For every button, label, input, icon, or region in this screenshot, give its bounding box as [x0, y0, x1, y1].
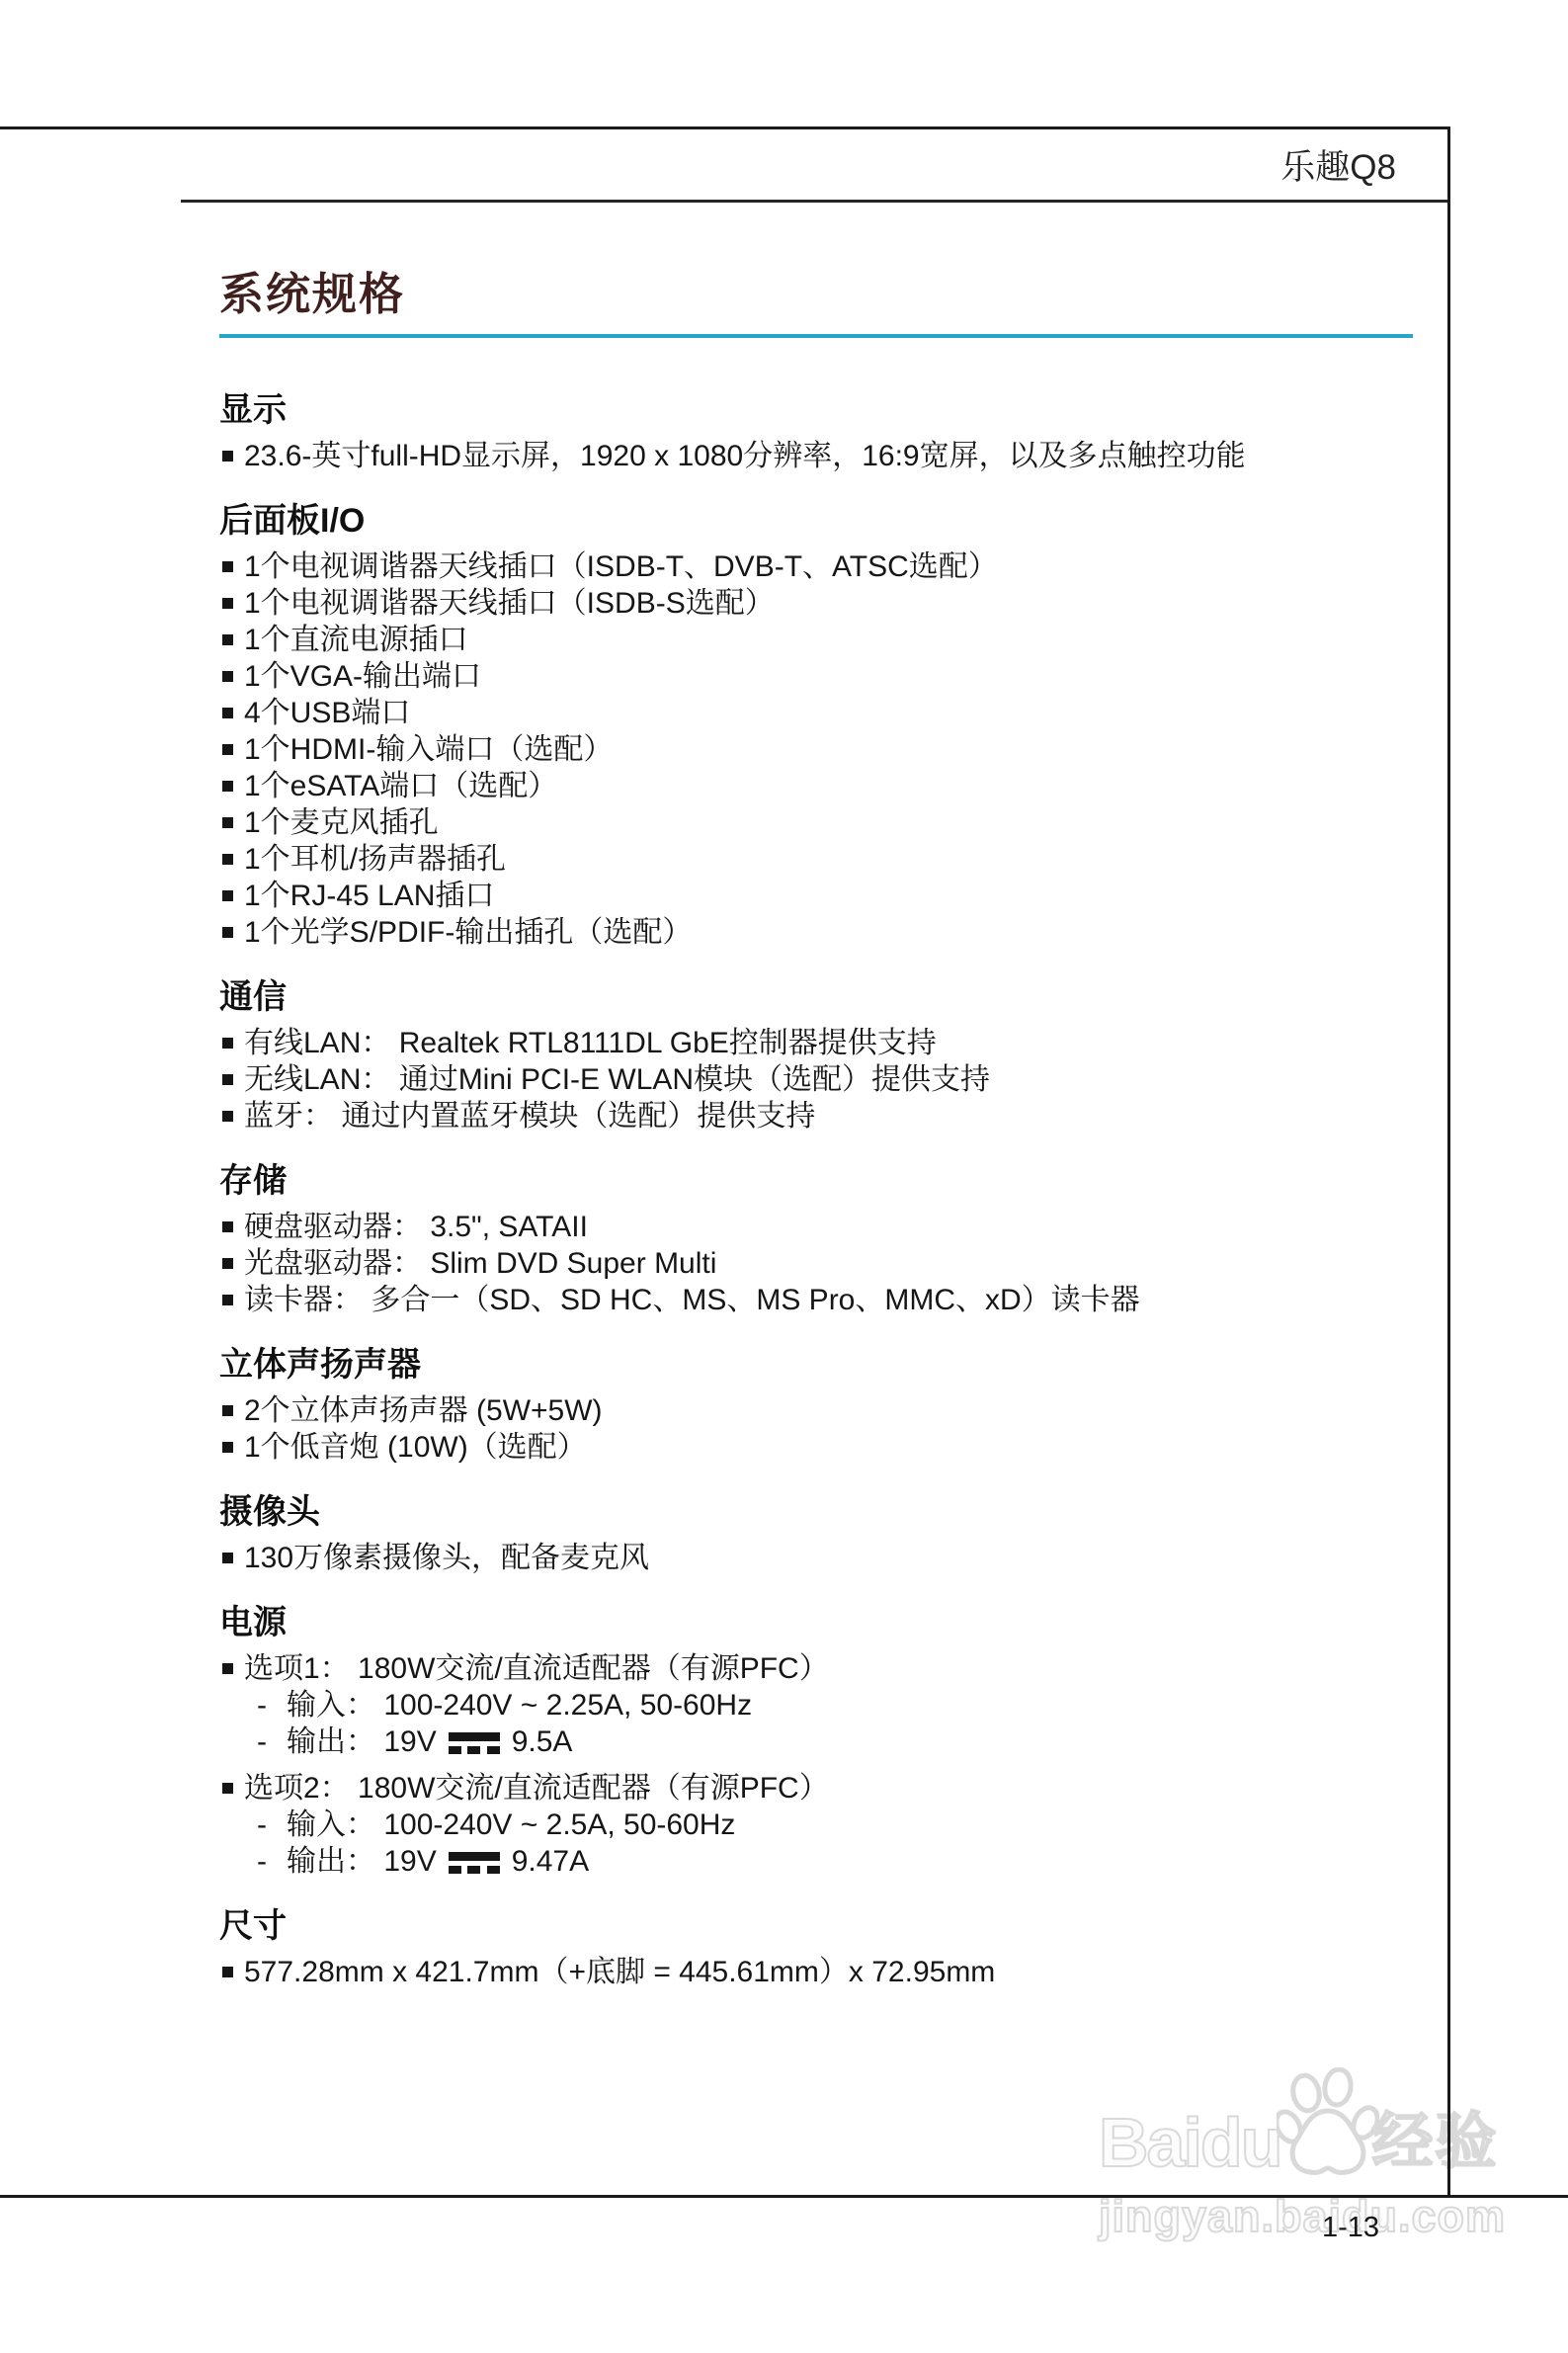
spec-text: 1个直流电源插口 [244, 622, 468, 658]
spec-item: 1个eSATA端口（选配） [219, 768, 1417, 804]
spec-text: 有线LAN： Realtek RTL8111DL GbE控制器提供支持 [244, 1025, 937, 1061]
spec-text: 输入： 100-240V ~ 2.5A, 50-60Hz [287, 1807, 735, 1843]
section-power: 电源 选项1： 180W交流/直流适配器（有源PFC） -输入： 100-240… [219, 1603, 1417, 1880]
spec-item: 无线LAN： 通过Mini PCI-E WLAN模块（选配）提供支持 [219, 1061, 1417, 1098]
spec-subitem: -输入： 100-240V ~ 2.25A, 50-60Hz [219, 1687, 1417, 1723]
spec-list: 577.28mm x 421.7mm（+底脚 = 445.61mm）x 72.9… [219, 1954, 1417, 1990]
spec-item: 硬盘驱动器： 3.5", SATAII [219, 1209, 1417, 1245]
section-camera: 摄像头 130万像素摄像头，配备麦克风 [219, 1492, 1417, 1576]
section-display: 显示 23.6-英寸full-HD显示屏，1920 x 1080分辨率，16:9… [219, 390, 1417, 474]
spec-item: 4个USB端口 [219, 695, 1417, 731]
bullet-square-icon [222, 744, 233, 755]
header-product-name: 乐趣Q8 [1280, 148, 1396, 188]
section-heading: 显示 [219, 390, 1417, 430]
spec-text: 1个eSATA端口（选配） [244, 768, 557, 804]
bullet-square-icon [222, 890, 233, 901]
spec-item: 2个立体声扬声器 (5W+5W) [219, 1392, 1417, 1429]
spec-item: 1个直流电源插口 [219, 622, 1417, 658]
spec-item: 1个耳机/扬声器插孔 [219, 841, 1417, 878]
spec-text: 23.6-英寸full-HD显示屏，1920 x 1080分辨率，16:9宽屏，… [244, 438, 1246, 474]
spec-subitem: -输出： 19V9.47A [219, 1843, 1417, 1880]
spec-text: 2个立体声扬声器 (5W+5W) [244, 1392, 603, 1429]
spec-item: 读卡器： 多合一（SD、SD HC、MS、MS Pro、MMC、xD）读卡器 [219, 1282, 1417, 1318]
dash-marker: - [257, 1723, 267, 1760]
spec-sections: 显示 23.6-英寸full-HD显示屏，1920 x 1080分辨率，16:9… [219, 390, 1417, 1990]
spec-text: 读卡器： 多合一（SD、SD HC、MS、MS Pro、MMC、xD）读卡器 [244, 1282, 1140, 1318]
jingyan-wordmark: 经验 [1371, 2110, 1498, 2175]
spec-text: 4个USB端口 [244, 695, 410, 731]
spec-text: 1个RJ-45 LAN插口 [244, 878, 494, 914]
bullet-square-icon [222, 1663, 233, 1674]
watermark-url: jingyan.baidu.com [1099, 2192, 1506, 2241]
spec-item: 1个麦克风插孔 [219, 804, 1417, 841]
spec-text: 硬盘驱动器： 3.5", SATAII [244, 1209, 588, 1245]
spec-item: 577.28mm x 421.7mm（+底脚 = 445.61mm）x 72.9… [219, 1954, 1417, 1990]
spec-list: 23.6-英寸full-HD显示屏，1920 x 1080分辨率，16:9宽屏，… [219, 438, 1417, 474]
page-number: 1-13 [1322, 2212, 1379, 2244]
spec-text: 577.28mm x 421.7mm（+底脚 = 445.61mm）x 72.9… [244, 1954, 995, 1990]
page-content: 系统规格 显示 23.6-英寸full-HD显示屏，1920 x 1080分辨率… [219, 269, 1417, 1990]
bullet-square-icon [222, 1295, 233, 1305]
spec-text: 光盘驱动器： Slim DVD Super Multi [244, 1245, 716, 1282]
page-title: 系统规格 [219, 269, 1417, 320]
section-heading: 电源 [219, 1603, 1417, 1642]
bullet-square-icon [222, 451, 233, 462]
spec-item: 有线LAN： Realtek RTL8111DL GbE控制器提供支持 [219, 1025, 1417, 1061]
spec-item: 蓝牙： 通过内置蓝牙模块（选配）提供支持 [219, 1098, 1417, 1134]
section-storage: 存储 硬盘驱动器： 3.5", SATAII 光盘驱动器： Slim DVD S… [219, 1161, 1417, 1318]
spec-list: 硬盘驱动器： 3.5", SATAII 光盘驱动器： Slim DVD Supe… [219, 1209, 1417, 1318]
spec-item: 1个VGA-输出端口 [219, 658, 1417, 695]
spec-text: 选项2： 180W交流/直流适配器（有源PFC） [244, 1770, 829, 1807]
dc-voltage-icon [449, 1732, 500, 1754]
spec-text: 1个电视调谐器天线插口（ISDB-S选配） [244, 585, 775, 622]
bullet-square-icon [222, 781, 233, 792]
manual-page: { "header": { "product": "乐趣Q8" }, "foli… [0, 0, 1568, 2353]
bullet-square-icon [222, 1258, 233, 1269]
spec-item: 1个RJ-45 LAN插口 [219, 878, 1417, 914]
bullet-square-icon [222, 1074, 233, 1085]
spec-text: 无线LAN： 通过Mini PCI-E WLAN模块（选配）提供支持 [244, 1061, 990, 1098]
spec-text: 1个HDMI-输入端口（选配） [244, 731, 613, 768]
spec-item: 1个低音炮 (10W)（选配） [219, 1429, 1417, 1466]
spec-text: 1个光学S/PDIF-输出插孔（选配） [244, 914, 692, 951]
bullet-square-icon [222, 634, 233, 645]
bullet-square-icon [222, 1967, 233, 1977]
spec-list: 2个立体声扬声器 (5W+5W) 1个低音炮 (10W)（选配） [219, 1392, 1417, 1466]
spec-item: 选项1： 180W交流/直流适配器（有源PFC） [219, 1650, 1417, 1687]
page-border-top [0, 126, 1450, 129]
bullet-square-icon [222, 561, 233, 572]
spec-text: 1个VGA-输出端口 [244, 658, 481, 695]
spec-subitem: -输入： 100-240V ~ 2.5A, 50-60Hz [219, 1807, 1417, 1843]
bullet-square-icon [222, 817, 233, 828]
page-border-bottom [0, 2195, 1568, 2198]
spec-text: 1个低音炮 (10W)（选配） [244, 1429, 587, 1466]
section-stereo-speakers: 立体声扬声器 2个立体声扬声器 (5W+5W) 1个低音炮 (10W)（选配） [219, 1345, 1417, 1466]
section-heading: 摄像头 [219, 1492, 1417, 1532]
spec-item: 1个HDMI-输入端口（选配） [219, 731, 1417, 768]
dash-marker: - [257, 1807, 267, 1843]
bullet-square-icon [222, 1783, 233, 1794]
bullet-square-icon [222, 598, 233, 609]
header-rule [181, 200, 1447, 203]
spec-list: 有线LAN： Realtek RTL8111DL GbE控制器提供支持 无线LA… [219, 1025, 1417, 1134]
section-heading: 存储 [219, 1161, 1417, 1201]
bullet-square-icon [222, 1553, 233, 1563]
bullet-square-icon [222, 671, 233, 682]
bullet-square-icon [222, 708, 233, 718]
spec-text: 输出： 19V [287, 1723, 437, 1760]
baidu-jingyan-watermark: Baidu 经验 jingyan.baidu.com [1099, 2101, 1506, 2241]
page-border-right [1447, 126, 1450, 2198]
spec-text: 130万像素摄像头，配备麦克风 [244, 1540, 649, 1576]
spec-item: 1个光学S/PDIF-输出插孔（选配） [219, 914, 1417, 951]
baidu-wordmark: Baidu [1099, 2108, 1280, 2177]
section-heading: 立体声扬声器 [219, 1345, 1417, 1385]
spec-item: 1个电视调谐器天线插口（ISDB-T、DVB-T、ATSC选配） [219, 548, 1417, 585]
bullet-square-icon [222, 1442, 233, 1453]
spec-list: 1个电视调谐器天线插口（ISDB-T、DVB-T、ATSC选配） 1个电视调谐器… [219, 548, 1417, 951]
section-communication: 通信 有线LAN： Realtek RTL8111DL GbE控制器提供支持 无… [219, 977, 1417, 1134]
bullet-square-icon [222, 1405, 233, 1416]
section-dimensions: 尺寸 577.28mm x 421.7mm（+底脚 = 445.61mm）x 7… [219, 1906, 1417, 1990]
spec-text: 输入： 100-240V ~ 2.25A, 50-60Hz [287, 1687, 752, 1723]
watermark-brand-row: Baidu 经验 [1099, 2101, 1506, 2184]
spec-text: 蓝牙： 通过内置蓝牙模块（选配）提供支持 [244, 1098, 815, 1134]
spec-text: 9.5A [512, 1723, 573, 1760]
spec-item: 23.6-英寸full-HD显示屏，1920 x 1080分辨率，16:9宽屏，… [219, 438, 1417, 474]
title-accent-rule [219, 334, 1413, 338]
bullet-square-icon [222, 1038, 233, 1049]
spec-list: 选项1： 180W交流/直流适配器（有源PFC） -输入： 100-240V ~… [219, 1650, 1417, 1880]
spec-text: 1个电视调谐器天线插口（ISDB-T、DVB-T、ATSC选配） [244, 548, 998, 585]
spec-text: 输出： 19V [287, 1843, 437, 1880]
spec-text: 1个麦克风插孔 [244, 804, 439, 841]
section-heading: 通信 [219, 977, 1417, 1017]
spec-item: 光盘驱动器： Slim DVD Super Multi [219, 1245, 1417, 1282]
section-rear-panel-io: 后面板I/O 1个电视调谐器天线插口（ISDB-T、DVB-T、ATSC选配） … [219, 501, 1417, 951]
section-heading: 后面板I/O [219, 501, 1417, 541]
spec-text: 选项1： 180W交流/直流适配器（有源PFC） [244, 1650, 829, 1687]
spec-item: 130万像素摄像头，配备麦克风 [219, 1540, 1417, 1576]
bullet-square-icon [222, 854, 233, 865]
section-heading: 尺寸 [219, 1906, 1417, 1946]
spec-subitem: -输出： 19V9.5A [219, 1723, 1417, 1760]
bullet-square-icon [222, 927, 233, 938]
spec-item: 选项2： 180W交流/直流适配器（有源PFC） [219, 1770, 1417, 1807]
bullet-square-icon [222, 1111, 233, 1122]
spec-text: 1个耳机/扬声器插孔 [244, 841, 506, 878]
dash-marker: - [257, 1843, 267, 1880]
spec-list: 130万像素摄像头，配备麦克风 [219, 1540, 1417, 1576]
spec-text: 9.47A [512, 1843, 589, 1880]
baidu-paw-icon [1277, 2067, 1379, 2184]
bullet-square-icon [222, 1221, 233, 1232]
spec-item: 1个电视调谐器天线插口（ISDB-S选配） [219, 585, 1417, 622]
dash-marker: - [257, 1687, 267, 1723]
dc-voltage-icon [449, 1852, 500, 1874]
